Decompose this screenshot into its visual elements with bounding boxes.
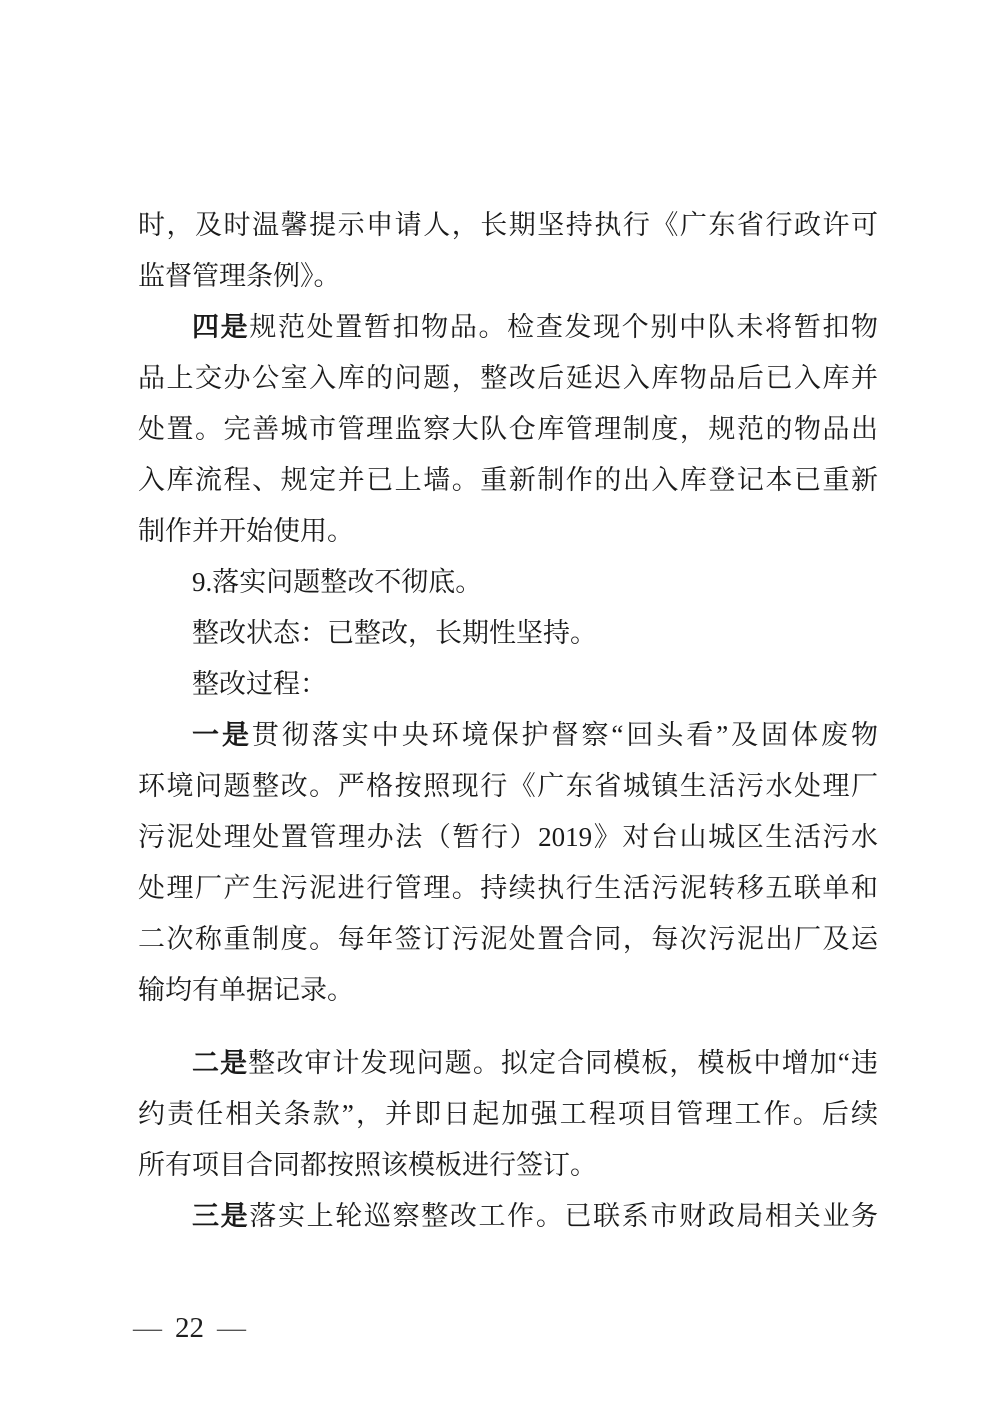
document-body: 时，及时温馨提示申请人，长期坚持执行《广东省行政许可监督管理条例》。四是规范处置… bbox=[138, 200, 878, 1242]
text-line: 时，及时温馨提示申请人，长期坚持执行《广东省行政许可 bbox=[138, 200, 878, 251]
footer-right-dash: — bbox=[217, 1312, 246, 1345]
page-number: 22 bbox=[175, 1312, 204, 1345]
text-line: 入库流程、规定并已上墙。重新制作的出入库登记本已重新 bbox=[138, 455, 878, 506]
text-line: 输均有单据记录。 bbox=[138, 965, 878, 1016]
paragraph-lead: 一是 bbox=[192, 720, 252, 750]
text-line: 处理厂产生污泥进行管理。持续执行生活污泥转移五联单和 bbox=[138, 863, 878, 914]
text-line: 环境问题整改。严格按照现行《广东省城镇生活污水处理厂 bbox=[138, 761, 878, 812]
text-line: 三是落实上轮巡察整改工作。已联系市财政局相关业务 bbox=[138, 1191, 878, 1242]
text-line: 四是规范处置暂扣物品。检查发现个别中队未将暂扣物 bbox=[138, 302, 878, 353]
paragraph-lead: 三是 bbox=[192, 1201, 249, 1231]
text-line: 处置。完善城市管理监察大队仓库管理制度，规范的物品出 bbox=[138, 404, 878, 455]
text-line: 制作并开始使用。 bbox=[138, 506, 878, 557]
text-line: 污泥处理处置管理办法（暂行）2019》对台山城区生活污水 bbox=[138, 812, 878, 863]
text-line: 整改过程： bbox=[138, 659, 878, 710]
paragraph-lead: 四是 bbox=[192, 312, 249, 342]
text-line: 9.落实问题整改不彻底。 bbox=[138, 557, 878, 608]
text-line: 整改状态：已整改，长期性坚持。 bbox=[138, 608, 878, 659]
text-line: 所有项目合同都按照该模板进行签订。 bbox=[138, 1140, 878, 1191]
text-line: 品上交办公室入库的问题，整改后延迟入库物品后已入库并 bbox=[138, 353, 878, 404]
text-line: 约责任相关条款”，并即日起加强工程项目管理工作。后续 bbox=[138, 1089, 878, 1140]
footer-left-dash: — bbox=[133, 1312, 162, 1345]
document-page: 时，及时温馨提示申请人，长期坚持执行《广东省行政许可监督管理条例》。四是规范处置… bbox=[0, 0, 1000, 1414]
text-line: 二是整改审计发现问题。拟定合同模板，模板中增加“违 bbox=[138, 1038, 878, 1089]
text-line: 监督管理条例》。 bbox=[138, 251, 878, 302]
paragraph-lead: 二是 bbox=[192, 1048, 248, 1078]
text-line: 二次称重制度。每年签订污泥处置合同，每次污泥出厂及运 bbox=[138, 914, 878, 965]
page-footer: — 22 — bbox=[133, 1308, 246, 1348]
text-line: 一是贯彻落实中央环境保护督察“回头看”及固体废物 bbox=[138, 710, 878, 761]
